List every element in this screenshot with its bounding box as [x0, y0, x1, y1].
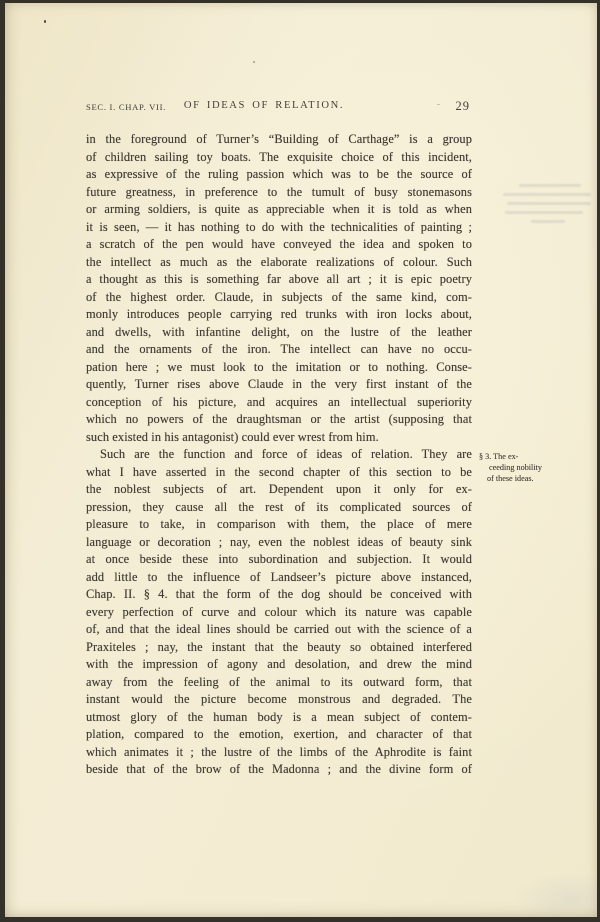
scanned-page: SEC. I. CHAP. VII. OF IDEAS OF RELATION.…	[0, 0, 600, 922]
margin-note-line: ceeding nobility	[479, 463, 571, 474]
text-line: conception of his picture, and acquires …	[86, 394, 472, 412]
text-line: a thought as this is something far above…	[86, 271, 472, 289]
bleed-through-line	[507, 202, 591, 205]
text-line: such existed in his antagonist) could ev…	[86, 429, 472, 447]
text-line: in the foreground of Turner’s “Building …	[86, 131, 472, 149]
text-line: or arming soldiers, is quite as apprecia…	[86, 201, 472, 219]
text-line: and the ornaments of the iron. The intel…	[86, 341, 472, 359]
text-line: plation, compared to the emotion, exerti…	[86, 726, 472, 744]
text-line: what I have asserted in the second chapt…	[86, 464, 472, 482]
text-line: at once beside these into subordination …	[86, 551, 472, 569]
bleed-through-patch	[512, 872, 597, 917]
text-line: of, and that the ideal lines should be c…	[86, 621, 472, 639]
text-line: monly introduces people carrying red tru…	[86, 306, 472, 324]
bleed-through-line	[519, 184, 581, 187]
bleed-through-ghost-text	[497, 184, 599, 244]
margin-note: § 3. The ex-ceeding nobilityof these ide…	[479, 452, 571, 484]
text-line: utmost glory of the human body is a mean…	[86, 709, 472, 727]
text-line: Such are the function and force of ideas…	[86, 446, 472, 464]
text-line: pression, they cause all the rest of its…	[86, 499, 472, 517]
paragraph: Such are the function and force of ideas…	[86, 446, 472, 779]
text-line: which animates it ; the lustre of the li…	[86, 744, 472, 762]
text-line: the noblest subjects of art. Dependent u…	[86, 481, 472, 499]
text-line: of the highest order. Claude, in subject…	[86, 289, 472, 307]
bleed-through-line	[503, 193, 591, 196]
paragraph: in the foreground of Turner’s “Building …	[86, 131, 472, 446]
bleed-through-line	[531, 220, 565, 223]
text-line: away from the feeling of the animal to i…	[86, 674, 472, 692]
text-line: which no powers of the draughtsman or th…	[86, 411, 472, 429]
text-line: of children sailing toy boats. The exqui…	[86, 149, 472, 167]
page-number: 29	[456, 99, 471, 114]
text-line: and dwells, with infantine delight, on t…	[86, 324, 472, 342]
text-line: it is seen, — it has nothing to do with …	[86, 219, 472, 237]
text-line: future greatness, in preference to the t…	[86, 184, 472, 202]
text-line: Chap. II. § 4. that the form of the dog …	[86, 586, 472, 604]
paper: SEC. I. CHAP. VII. OF IDEAS OF RELATION.…	[5, 3, 597, 917]
text-line: instant would the picture become monstro…	[86, 691, 472, 709]
text-line: beside that of the brow of the Madonna ;…	[86, 761, 472, 779]
body-text: in the foreground of Turner’s “Building …	[86, 131, 472, 779]
text-line: Praxiteles ; nay, the instant that the b…	[86, 639, 472, 657]
text-line: pleasure to take, in comparison with the…	[86, 516, 472, 534]
text-line: as expressive of the ruling passion whic…	[86, 166, 472, 184]
text-line: every perfection of curve and colour whi…	[86, 604, 472, 622]
text-line: language or decoration ; nay, even the n…	[86, 534, 472, 552]
paper-speck	[253, 61, 255, 63]
running-header: SEC. I. CHAP. VII. OF IDEAS OF RELATION.…	[86, 99, 472, 115]
running-header-title: OF IDEAS OF RELATION.	[86, 100, 442, 111]
margin-note-line: of these ideas.	[479, 474, 571, 485]
text-line: a scratch of the pen would have conveyed…	[86, 236, 472, 254]
bleed-through-line	[505, 211, 583, 214]
text-line: the intellect as much as the elaborate r…	[86, 254, 472, 272]
text-line: with the impression of agony and desolat…	[86, 656, 472, 674]
text-line: quently, Turner rises above Claude in th…	[86, 376, 472, 394]
text-line: pation here ; we must look to the imitat…	[86, 359, 472, 377]
paper-speck	[437, 104, 440, 105]
margin-note-line: § 3. The ex-	[479, 452, 571, 463]
paper-speck	[44, 20, 46, 23]
text-line: add little to the influence of Landseer’…	[86, 569, 472, 587]
